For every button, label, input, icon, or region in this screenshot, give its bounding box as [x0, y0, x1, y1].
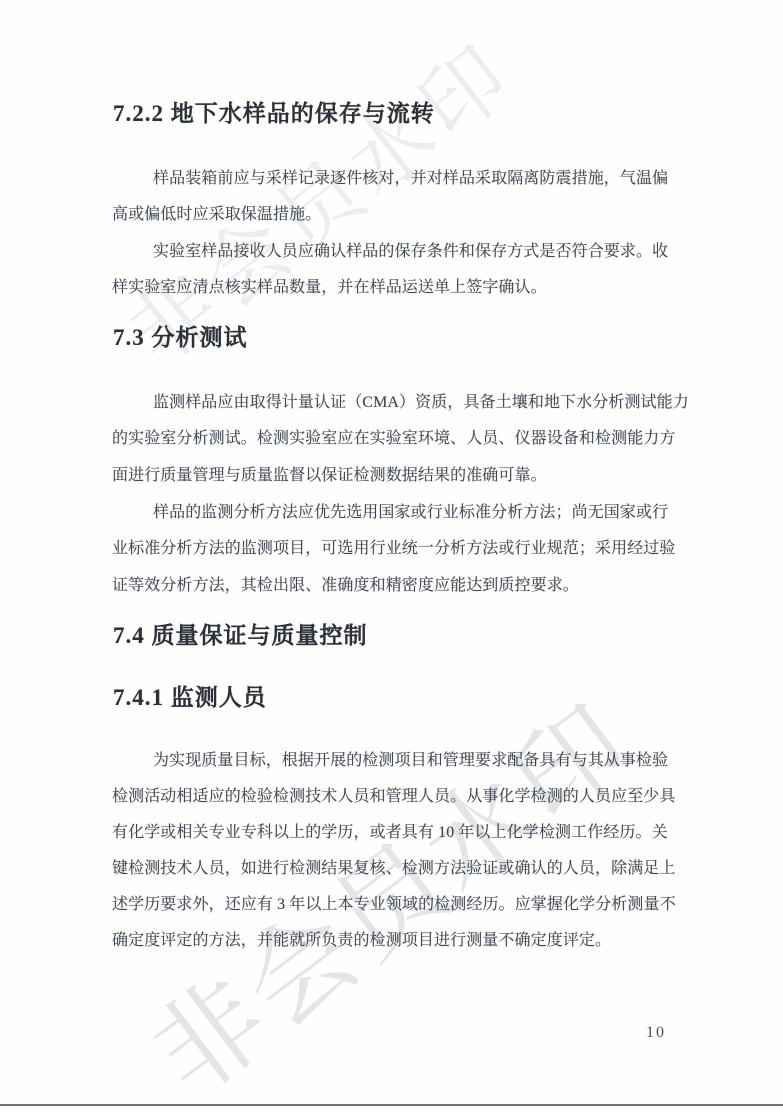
section-heading-7-4-1: 7.4.1 监测人员: [113, 684, 267, 712]
paragraph-line: 有化学或相关专业专科以上的学历，或者具有 10 年以上化学检测工作经历。关: [112, 824, 668, 842]
paragraph-line: 监测样品应由取得计量认证（CMA）资质，具备土壤和地下水分析测试能力: [153, 394, 689, 412]
paragraph-line: 高或偏低时应采取保温措施。: [112, 206, 321, 224]
paragraph-line: 业标准分析方法的监测项目，可选用行业统一分析方法或行业规范；采用经过验: [112, 540, 676, 558]
paragraph-line: 样品装箱前应与采样记录逐件核对，并对样品采取隔离防震措施，气温偏: [153, 170, 668, 188]
paragraph-line: 证等效分析方法，其检出限、准确度和精密度应能达到质控要求。: [112, 577, 579, 595]
scan-edge-line: [0, 1104, 783, 1106]
paragraph-line: 实验室样品接收人员应确认样品的保存条件和保存方式是否符合要求。收: [153, 243, 668, 261]
paragraph-line: 述学历要求外，还应有 3 年以上本专业领域的检测经历。应掌握化学分析测量不: [112, 896, 676, 914]
paragraph-line: 样品的监测分析方法应优先选用国家或行业标准分析方法；尚无国家或行: [153, 504, 668, 522]
page-number: 10: [646, 1024, 666, 1042]
paragraph-line: 为实现质量目标，根据开展的检测项目和管理要求配备具有与其从事检验: [153, 752, 668, 770]
paragraph-line: 的实验室分析测试。检测实验室应在实验室环境、人员、仪器设备和检测能力方: [112, 430, 676, 448]
section-heading-7-2-2: 7.2.2 地下水样品的保存与流转: [113, 100, 435, 128]
document-page: 非会员水印 非会员水印 7.2.2 地下水样品的保存与流转 样品装箱前应与采样记…: [0, 0, 783, 1112]
paragraph-line: 确定度评定的方法，并能就所负责的检测项目进行测量不确定度评定。: [112, 932, 611, 950]
paragraph-line: 样实验室应清点核实样品数量，并在样品运送单上签字确认。: [112, 279, 547, 297]
paragraph-line: 检测活动相适应的检验检测技术人员和管理人员。从事化学检测的人员应至少具: [112, 788, 676, 806]
paragraph-line: 键检测技术人员，如进行检测结果复核、检测方法验证或确认的人员，除满足上: [112, 860, 676, 878]
section-heading-7-4: 7.4 质量保证与质量控制: [113, 622, 368, 650]
paragraph-line: 面进行质量管理与质量监督以保证检测数据结果的准确可靠。: [112, 467, 547, 485]
section-heading-7-3: 7.3 分析测试: [113, 324, 248, 352]
